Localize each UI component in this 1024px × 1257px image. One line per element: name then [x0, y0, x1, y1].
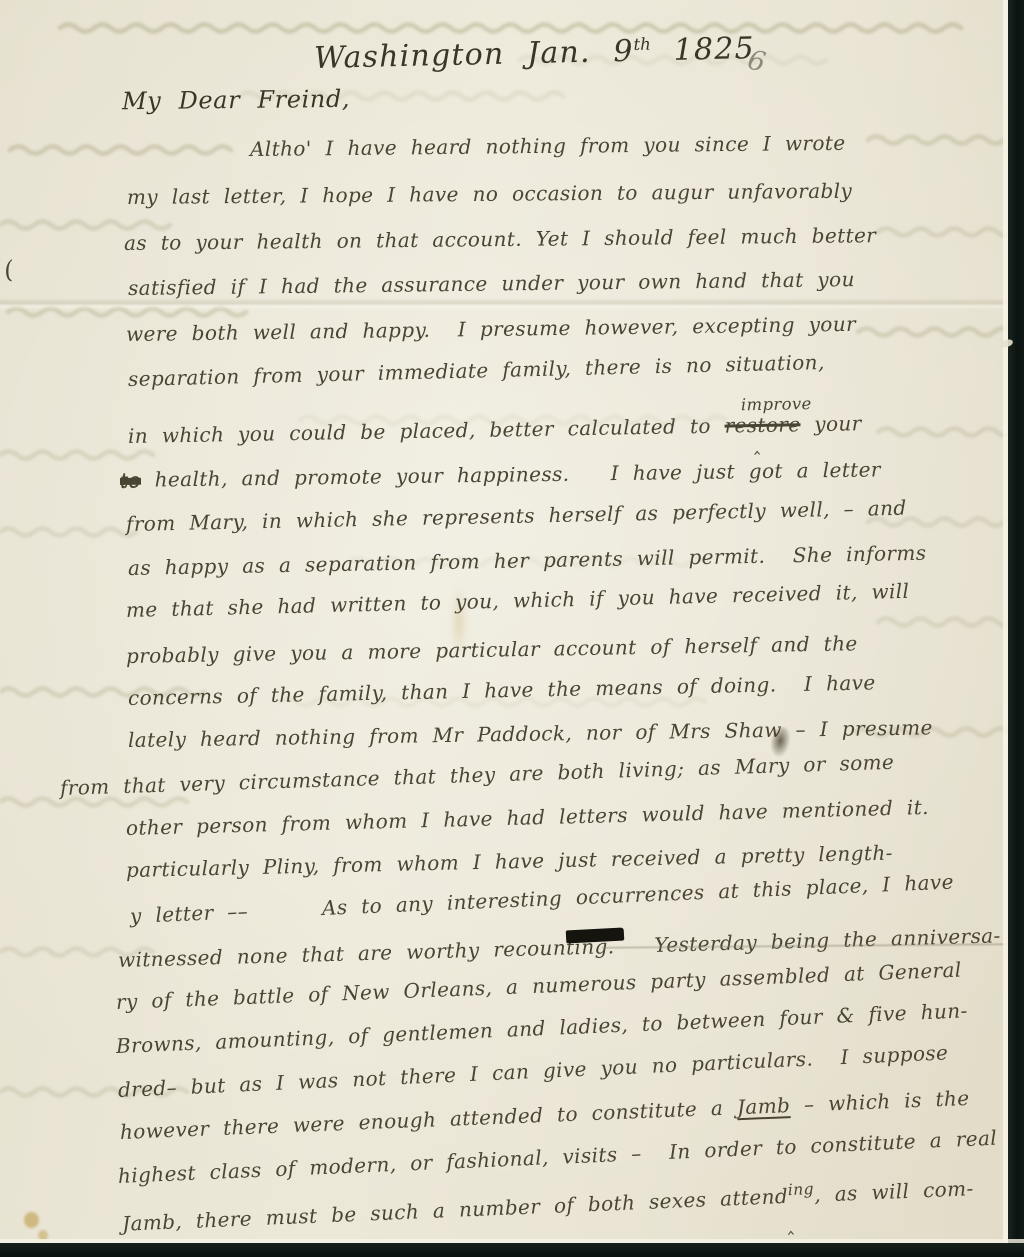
ghost-writing-line — [10, 147, 231, 154]
scan-background-right — [1008, 0, 1024, 1257]
ghost-writing-line — [8, 309, 246, 316]
insertion-caret: ‸ — [754, 431, 761, 457]
ghost-writing-line — [60, 25, 961, 32]
ghost-writing-line — [0, 452, 153, 459]
inserted-word-above-line: improve — [741, 391, 812, 418]
ordinal-superscript: th — [633, 35, 651, 54]
letter-line: to health, and promote your happiness. I… — [120, 456, 881, 493]
ghost-writing-line — [878, 429, 1014, 436]
letter-line: other person from whom I have had letter… — [126, 794, 930, 841]
ghost-writing-line — [858, 329, 1011, 336]
letter-line: my last letter, I hope I have no occasio… — [127, 178, 852, 210]
underlined-word: Jamb — [736, 1093, 790, 1119]
letter-line: lately heard nothing from Mr Paddock, no… — [128, 714, 933, 753]
letter-line: as happy as a separation from her parent… — [128, 540, 927, 581]
scan-background-bottom — [0, 1243, 1024, 1257]
letter-page: Washington Jan. 9th 1825 6 My Dear Frein… — [0, 0, 1024, 1257]
letter-dateline: Washington Jan. 9th 1825 — [314, 31, 756, 76]
inserted-word-above-line: ing‸ — [787, 1176, 814, 1203]
letter-line: in which you could be placed, better cal… — [128, 410, 862, 449]
ghost-writing-line — [868, 137, 1004, 144]
letter-line: separation from your immediate family, t… — [128, 349, 825, 392]
paper-stain-spot — [24, 1212, 39, 1228]
letter-line: satisfied if I had the assurance under y… — [128, 266, 855, 301]
letter-line: from that very circumstance that they ar… — [60, 749, 895, 801]
letter-line: me that she had written to you, which if… — [126, 578, 910, 623]
letter-line: as to your health on that account. Yet I… — [124, 222, 876, 256]
letter-line: from Mary, in which she represents herse… — [126, 495, 907, 537]
insertion-caret: ‸ — [787, 1211, 795, 1237]
salutation: My Dear Freind, — [122, 85, 350, 115]
dateline-text: Washington Jan. 9 — [314, 34, 634, 76]
dateline-year: 1825 — [651, 31, 756, 68]
ghost-writing-line — [878, 619, 1014, 626]
stray-pen-mark: ( — [2, 255, 16, 284]
ghost-writing-line — [878, 229, 1014, 236]
struck-out-word: to — [120, 468, 141, 492]
letter-line: were both well and happy. I presume howe… — [126, 311, 856, 347]
letter-line: Altho' I have heard nothing from you sin… — [250, 130, 846, 162]
letter-line: concerns of the family, than I have the … — [128, 669, 876, 711]
ghost-writing-line — [0, 222, 170, 229]
letter-line: probably give you a more particular acco… — [126, 630, 858, 669]
ghost-writing-line — [0, 529, 136, 536]
